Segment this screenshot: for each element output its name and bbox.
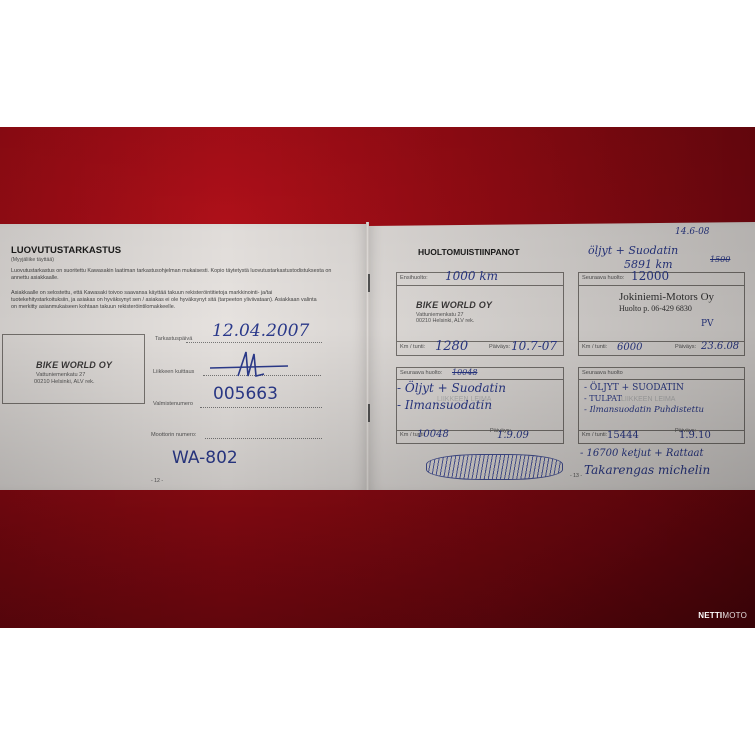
box-3-note-1: - Öljyt + Suodatin bbox=[397, 381, 506, 395]
nettimoto-watermark: NETTIMOTO bbox=[698, 611, 747, 620]
top-note-line-1: öljyt + Suodatin bbox=[588, 244, 678, 257]
top-note-struck: 1500 bbox=[710, 255, 730, 264]
box-1-date-label: Päiväys: bbox=[489, 344, 510, 350]
right-page-title: HUOLTOMUISTIINPANOT bbox=[418, 247, 520, 257]
field-label-dealer-signature: Liikkeen kuittaus bbox=[153, 369, 194, 375]
dealer-stamp-address-1: Vattuniemenkatu 27 bbox=[36, 372, 85, 378]
box-2-date-value: 23.6.08 bbox=[701, 341, 739, 352]
box-4-watermark: LIIKKEEN LEIMA bbox=[621, 396, 675, 403]
divider bbox=[397, 379, 563, 380]
left-page: LUOVUTUSTARKASTUS (Myyjäliike täyttää) L… bbox=[0, 224, 368, 490]
service-box-1: Ensihuolto: 1000 km BIKE WORLD OY Vattun… bbox=[396, 272, 564, 356]
box-1-stamp-name: BIKE WORLD OY bbox=[416, 300, 492, 310]
service-box-3: Seuraava huolto: 10048 - Öljyt + Suodati… bbox=[396, 367, 564, 444]
engine-number-value: WA-802 bbox=[172, 448, 238, 468]
staple bbox=[368, 274, 370, 292]
service-booklet: LUOVUTUSTARKASTUS (Myyjäliike täyttää) L… bbox=[0, 222, 755, 492]
dealer-stamp-box: BIKE WORLD OY Vattuniemenkatu 27 00210 H… bbox=[2, 334, 145, 404]
bottom-note-2: Takarengas michelin bbox=[584, 463, 710, 477]
left-page-number: - 12 - bbox=[151, 478, 163, 484]
box-2-stamp-line-1: Huolto p. 06-429 6830 bbox=[619, 304, 692, 313]
box-4-note-1: - ÖLJYT + SUODATIN bbox=[584, 383, 684, 393]
box-1-km-value: 1280 bbox=[435, 339, 468, 354]
box-3-km-value: 10048 bbox=[417, 429, 449, 440]
right-page-number: - 13 - bbox=[570, 473, 582, 479]
left-page-title: LUOVUTUSTARKASTUS bbox=[11, 245, 121, 256]
photo: LUOVUTUSTARKASTUS (Myyjäliike täyttää) L… bbox=[0, 127, 755, 628]
divider bbox=[397, 285, 563, 286]
divider bbox=[579, 430, 744, 431]
box-4-km-value: 15444 bbox=[607, 430, 639, 441]
box-1-date-value: 10.7-07 bbox=[511, 339, 557, 353]
divider bbox=[579, 285, 744, 286]
dealer-stamp-address-2: 00210 Helsinki, ALV rek. bbox=[34, 379, 95, 385]
box-4-header-label: Seuraava huolto bbox=[582, 370, 623, 376]
box-3-header-value: 10048 bbox=[452, 368, 477, 377]
booklet-spine bbox=[366, 222, 369, 490]
box-1-header-label: Ensihuolto: bbox=[400, 275, 428, 281]
divider bbox=[579, 379, 744, 380]
dotted-line bbox=[205, 438, 322, 439]
right-page: HUOLTOMUISTIINPANOT 14.6-08 öljyt + Suod… bbox=[368, 222, 755, 490]
dotted-line bbox=[200, 407, 322, 408]
left-page-subtitle: (Myyjäliike täyttää) bbox=[11, 257, 54, 263]
field-label-engine-number: Moottorin numero: bbox=[151, 432, 196, 438]
box-4-date-value: 1.9.10 bbox=[679, 430, 711, 441]
service-box-4: Seuraava huolto - ÖLJYT + SUODATIN LIIKK… bbox=[578, 367, 745, 444]
box-1-stamp-line-2: 00210 Helsinki, ALV rek. bbox=[416, 318, 474, 324]
box-2-initials: PV bbox=[701, 319, 714, 329]
dealer-stamp-name: BIKE WORLD OY bbox=[36, 360, 112, 370]
service-box-2: Seuraava huolto: 12000 Jokiniemi-Motors … bbox=[578, 272, 745, 356]
box-4-note-3: - Ilmansuodatin Puhdistettu bbox=[584, 405, 704, 415]
box-4-km-label: Km / tunti: bbox=[582, 432, 607, 438]
box-2-km-label: Km / tunti: bbox=[582, 344, 607, 350]
watermark-brand-light: MOTO bbox=[722, 611, 747, 620]
inspection-date-value: 12.04.2007 bbox=[212, 321, 309, 341]
watermark-brand-bold: NETTI bbox=[698, 611, 722, 620]
box-3-note-2: - Ilmansuodatin bbox=[397, 398, 492, 412]
box-2-km-value: 6000 bbox=[617, 342, 642, 353]
dotted-line bbox=[186, 342, 322, 343]
bottom-note-1: - 16700 ketjut + Rattaat bbox=[580, 448, 704, 459]
box-3-date-value: 1.9.09 bbox=[497, 430, 529, 441]
field-label-serial-number: Valmistenumero bbox=[153, 401, 193, 407]
box-2-stamp-name: Jokiniemi-Motors Oy bbox=[619, 291, 714, 303]
box-1-km-label: Km / tunti: bbox=[400, 344, 425, 350]
staple bbox=[368, 404, 370, 422]
box-2-date-label: Päiväys: bbox=[675, 344, 696, 350]
paragraph-2: Asiakkaalle on selostettu, että Kawasaki… bbox=[11, 290, 321, 311]
box-4-note-2: - TULPAT bbox=[584, 394, 622, 403]
box-3-header-label: Seuraava huolto: bbox=[400, 370, 442, 376]
paragraph-1: Luovutustarkastus on suoritettu Kawasaki… bbox=[11, 268, 333, 282]
scribbled-out-note bbox=[426, 454, 563, 480]
box-2-header-label: Seuraava huolto: bbox=[582, 275, 624, 281]
box-2-header-value: 12000 bbox=[631, 269, 669, 283]
box-1-header-value: 1000 km bbox=[445, 269, 498, 283]
serial-number-value: 005663 bbox=[213, 384, 278, 404]
top-note-date: 14.6-08 bbox=[675, 227, 710, 237]
signature-mark bbox=[208, 346, 293, 380]
